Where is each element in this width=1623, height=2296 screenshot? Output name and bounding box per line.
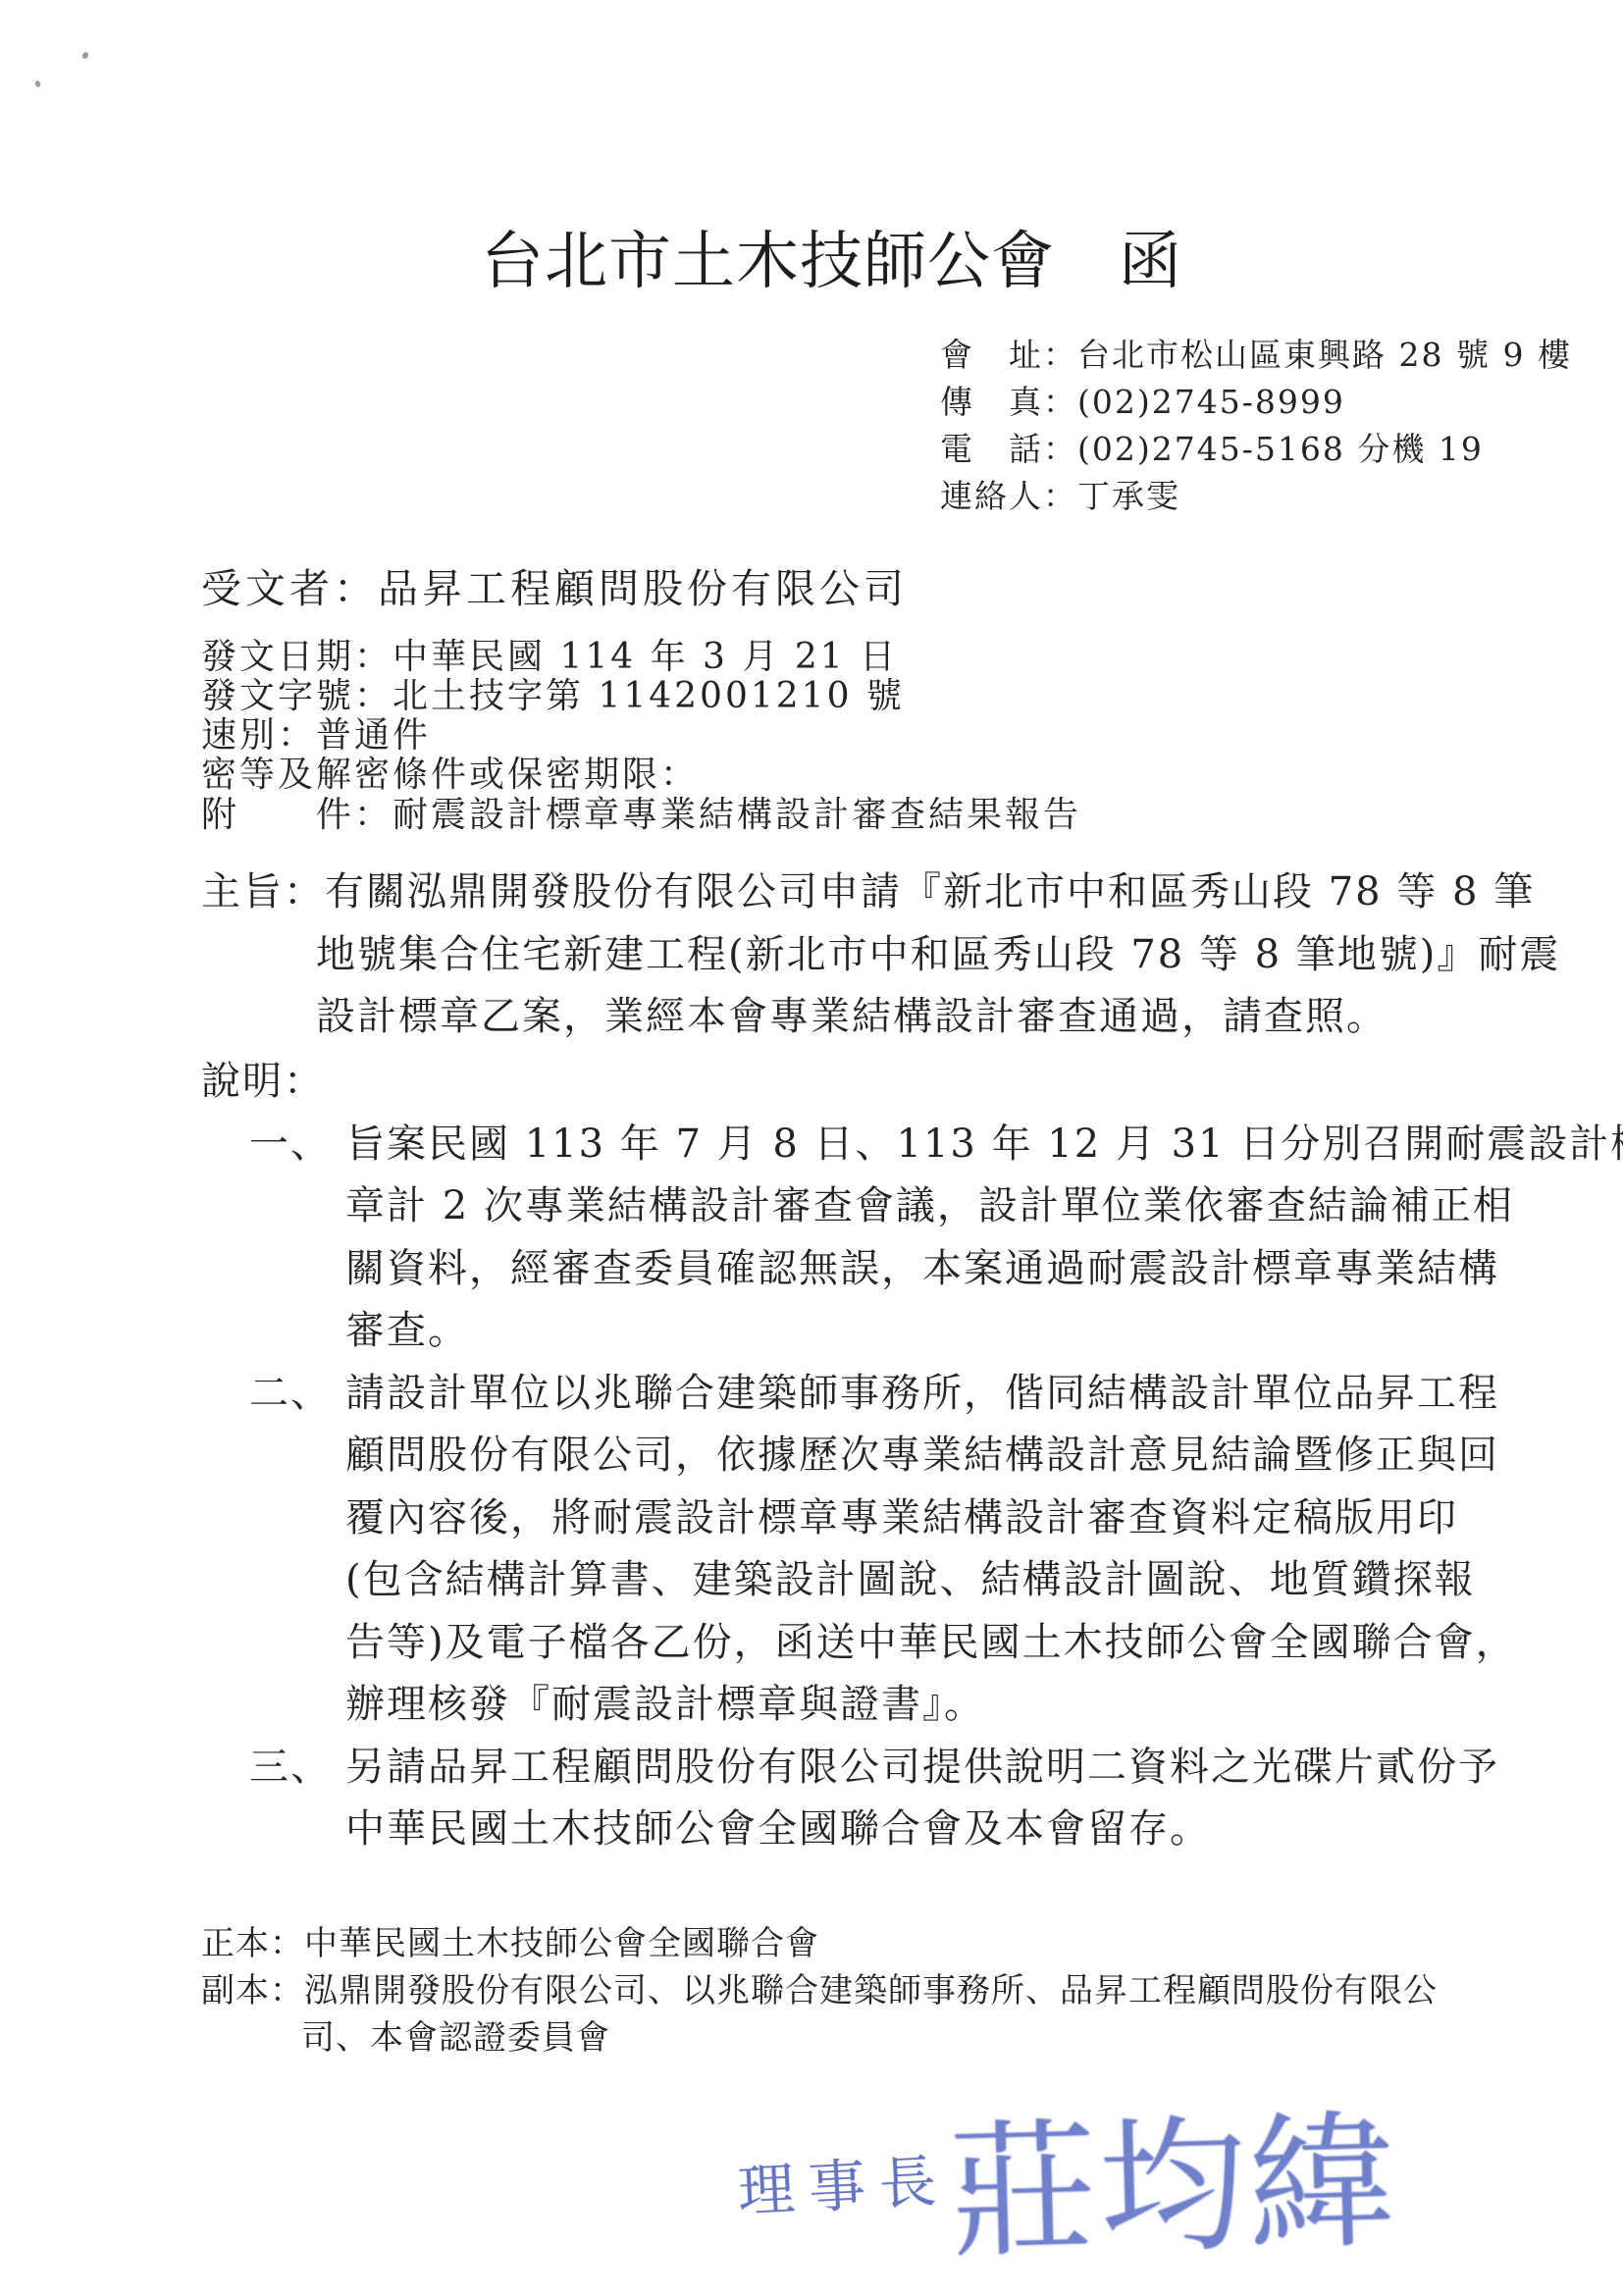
- item-3-line-2: 中華民國土木技師公會全國聯合會及本會留存。: [345, 1806, 1211, 1852]
- explanation-header: 說明：: [201, 1059, 325, 1105]
- item-2-line-6: 辦理核發『耐震設計標章與證書』。: [345, 1682, 985, 1728]
- item-2-line-4: (包含結構計算書、建築設計圖說、結構設計圖說、地質鑽探報: [345, 1557, 1476, 1603]
- letter-title: 台北市土木技師公會 函: [481, 226, 1182, 300]
- item-3-line-1: 另請品昇工程顧問股份有限公司提供說明二資料之光碟片貳份予: [345, 1745, 1499, 1791]
- copies-cc-2: 司、本會認證委員會: [301, 2018, 610, 2058]
- item-2-line-3: 覆內容後，將耐震設計標章專業結構設計審查資料定稿版用印: [345, 1495, 1458, 1541]
- item-1-marker: 一、: [249, 1122, 332, 1168]
- item-2-line-2: 顧問股份有限公司，依據歷次專業結構設計意見結論暨修正與回: [345, 1433, 1499, 1479]
- chairman-signature-stamp: 莊均緯: [948, 2096, 1399, 2281]
- chairman-title: 理事長: [736, 2147, 951, 2225]
- meta-date: 發文日期：中華民國 114 年 3 月 21 日: [201, 637, 898, 678]
- item-2-line-5: 告等)及電子檔各乙份，函送中華民國土木技師公會全國聯合會，: [345, 1620, 1517, 1666]
- contact-person: 連絡人：丁承雯: [940, 478, 1180, 516]
- subject-line-2: 地號集合住宅新建工程(新北市中和區秀山段 78 等 8 筆地號)』耐震: [316, 932, 1560, 978]
- contact-phone: 電 話：(02)2745-5168 分機 19: [940, 431, 1484, 469]
- item-3-marker: 三、: [249, 1745, 332, 1791]
- contact-address: 會 址：台北市松山區東興路 28 號 9 樓: [940, 337, 1572, 375]
- item-1-line-2: 章計 2 次專業結構設計審查會議，設計單位業依審查結論補正相: [345, 1183, 1514, 1229]
- contact-fax: 傳 真：(02)2745-8999: [940, 384, 1345, 422]
- item-1-line-1: 旨案民國 113 年 7 月 8 日、113 年 12 月 31 日分別召開耐震…: [345, 1122, 1623, 1168]
- subject-line-1: 主旨：有關泓鼎開發股份有限公司申請『新北市中和區秀山段 78 等 8 筆: [201, 869, 1535, 915]
- copies-original: 正本：中華民國土木技師公會全國聯合會: [201, 1924, 819, 1963]
- scan-speck: [81, 51, 90, 60]
- meta-security: 密等及解密條件或保密期限：: [201, 755, 699, 796]
- item-2-line-1: 請設計單位以兆聯合建築師事務所，偕同結構設計單位品昇工程: [345, 1371, 1499, 1417]
- copies-cc-1: 副本：泓鼎開發股份有限公司、以兆聯合建築師事務所、品昇工程顧問股份有限公: [201, 1971, 1438, 2010]
- recipient-line: 受文者：品昇工程顧問股份有限公司: [201, 565, 908, 612]
- item-2-marker: 二、: [249, 1371, 332, 1417]
- meta-speed: 速別：普通件: [201, 715, 431, 757]
- subject-line-3: 設計標章乙案，業經本會專業結構設計審查通過，請查照。: [316, 994, 1387, 1040]
- item-1-line-4: 審查。: [345, 1308, 469, 1354]
- document-page: 台北市土木技師公會 函 會 址：台北市松山區東興路 28 號 9 樓 傳 真：(…: [0, 0, 1623, 2296]
- item-1-line-3: 關資料，經審查委員確認無誤，本案通過耐震設計標章專業結構: [345, 1246, 1499, 1292]
- meta-doc-number: 發文字號：北土技字第 1142001210 號: [201, 676, 905, 717]
- meta-attachment: 附 件：耐震設計標章專業結構設計審查結果報告: [201, 795, 1081, 836]
- scan-speck: [34, 79, 41, 87]
